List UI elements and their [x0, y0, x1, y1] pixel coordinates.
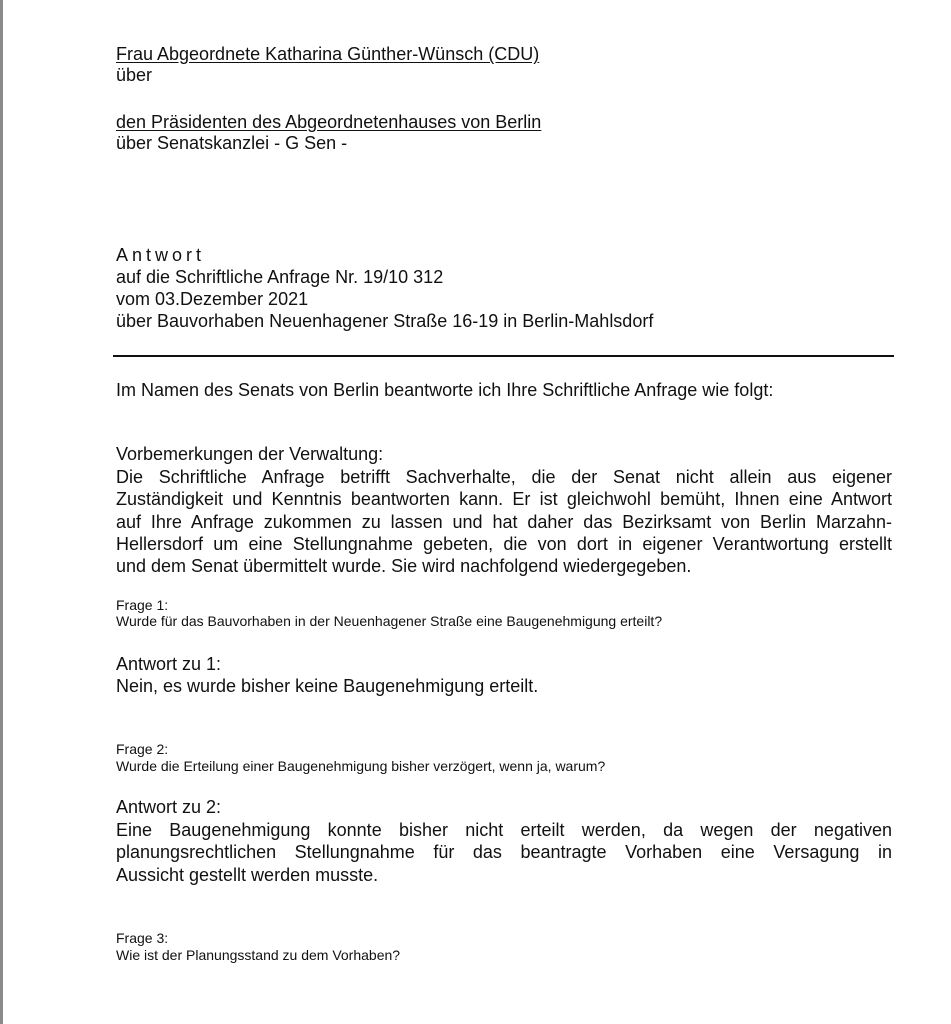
paragraph-line: planungsrechtlichen Stellungnahme für da…: [116, 841, 892, 863]
answer-2-label: Antwort zu 2:: [116, 797, 221, 818]
horizontal-rule: [113, 355, 894, 357]
question-3-text: Wie ist der Planungsstand zu dem Vorhabe…: [116, 947, 400, 963]
president-line: den Präsidenten des Abgeordnetenhauses v…: [116, 112, 541, 133]
paragraph-line: Aussicht gestellt werden musste.: [116, 864, 892, 886]
via-label: über: [116, 65, 152, 86]
paragraph-line: Zuständigkeit und Kenntnis beantworten k…: [116, 488, 892, 510]
paragraph-line: auf Ihre Anfrage zukommen zu lassen und …: [116, 511, 892, 533]
paragraph-line: Hellersdorf um eine Stellungnahme gebete…: [116, 533, 892, 555]
paragraph-line: und dem Senat übermittelt wurde. Sie wir…: [116, 555, 892, 577]
answer-1-text: Nein, es wurde bisher keine Baugenehmigu…: [116, 676, 538, 697]
paragraph-line: Eine Baugenehmigung konnte bisher nicht …: [116, 819, 892, 841]
inquiry-subject: über Bauvorhaben Neuenhagener Straße 16-…: [116, 311, 653, 332]
question-1-label: Frage 1:: [116, 597, 168, 613]
question-1-text: Wurde für das Bauvorhaben in der Neuenha…: [116, 613, 662, 629]
inquiry-number: auf die Schriftliche Anfrage Nr. 19/10 3…: [116, 267, 443, 288]
preliminary-heading: Vorbemerkungen der Verwaltung:: [116, 444, 383, 465]
recipient-name: Frau Abgeordnete Katharina Günther-Wünsc…: [116, 44, 539, 65]
question-2-label: Frage 2:: [116, 741, 168, 757]
answer-title: Antwort: [116, 245, 205, 266]
answer-2-paragraph: Eine Baugenehmigung konnte bisher nicht …: [116, 819, 892, 886]
question-2-text: Wurde die Erteilung einer Baugenehmigung…: [116, 758, 605, 774]
paragraph-line: Die Schriftliche Anfrage betrifft Sachve…: [116, 466, 892, 488]
via-senate-chancellery: über Senatskanzlei - G Sen -: [116, 133, 347, 154]
inquiry-date: vom 03.Dezember 2021: [116, 289, 308, 310]
answer-1-label: Antwort zu 1:: [116, 654, 221, 675]
document-page: Frau Abgeordnete Katharina Günther-Wünsc…: [0, 0, 951, 1024]
question-3-label: Frage 3:: [116, 930, 168, 946]
intro-sentence: Im Namen des Senats von Berlin beantwort…: [116, 380, 773, 401]
preliminary-paragraph: Die Schriftliche Anfrage betrifft Sachve…: [116, 466, 892, 577]
